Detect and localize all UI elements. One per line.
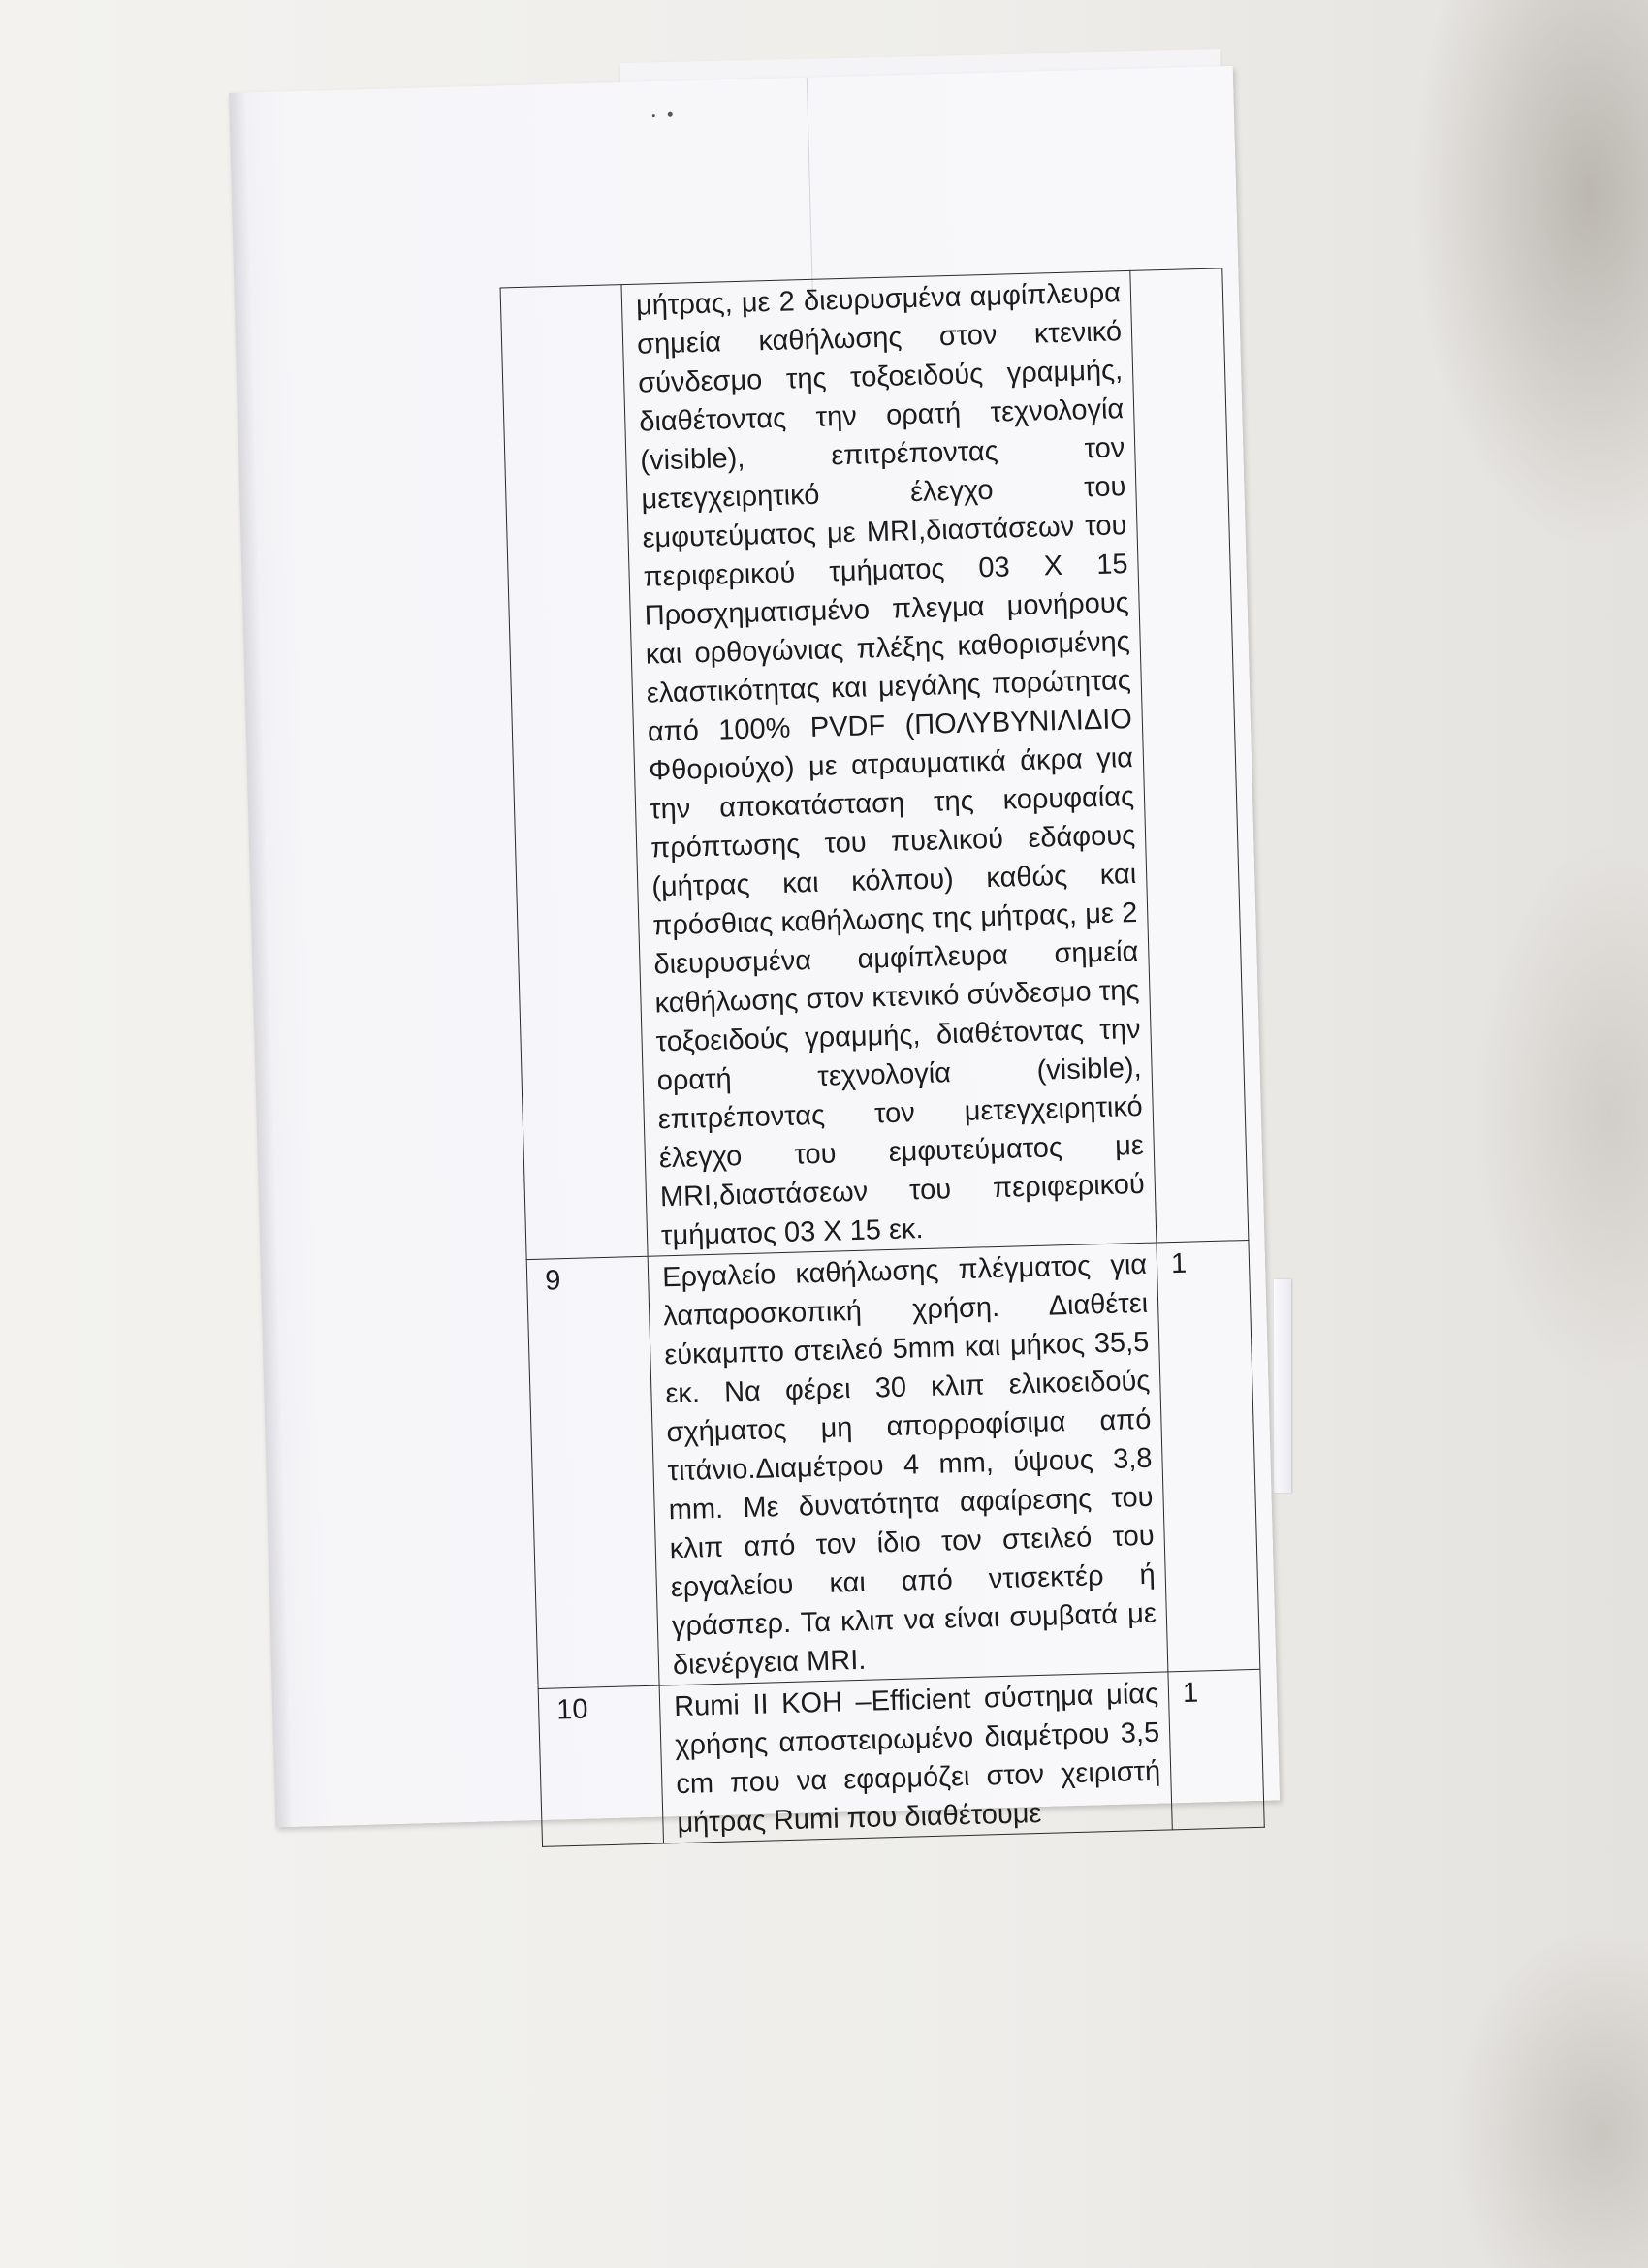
row-quantity: 1 bbox=[1157, 1240, 1260, 1671]
table-row: μήτρας, με 2 διευρυσμένα αμφίπλευρα σημε… bbox=[500, 268, 1249, 1260]
paper-side-tab bbox=[1274, 1279, 1291, 1493]
row-quantity: 1 bbox=[1168, 1669, 1264, 1830]
row-description: μήτρας, με 2 διευρυσμένα αμφίπλευρα σημε… bbox=[621, 270, 1157, 1256]
row-description: Rumi II KOH –Efficient σύστημα μίας χρήσ… bbox=[659, 1672, 1172, 1843]
table-row: 10 Rumi II KOH –Efficient σύστημα μίας χ… bbox=[538, 1669, 1264, 1846]
row-number: 9 bbox=[526, 1256, 659, 1688]
row-number: 10 bbox=[538, 1685, 663, 1846]
row-description: Εργαλείο καθήλωσης πλέγματος για λαπαροσ… bbox=[648, 1243, 1168, 1685]
specification-table: μήτρας, με 2 διευρυσμένα αμφίπλευρα σημε… bbox=[500, 268, 1265, 1847]
fold-crease bbox=[807, 78, 813, 310]
scanned-paper-sheet: μήτρας, με 2 διευρυσμένα αμφίπλευρα σημε… bbox=[229, 66, 1280, 1827]
table-row: 9 Εργαλείο καθήλωσης πλέγματος για λαπαρ… bbox=[526, 1240, 1260, 1688]
ink-speck bbox=[652, 114, 655, 117]
ink-speck bbox=[668, 112, 673, 117]
